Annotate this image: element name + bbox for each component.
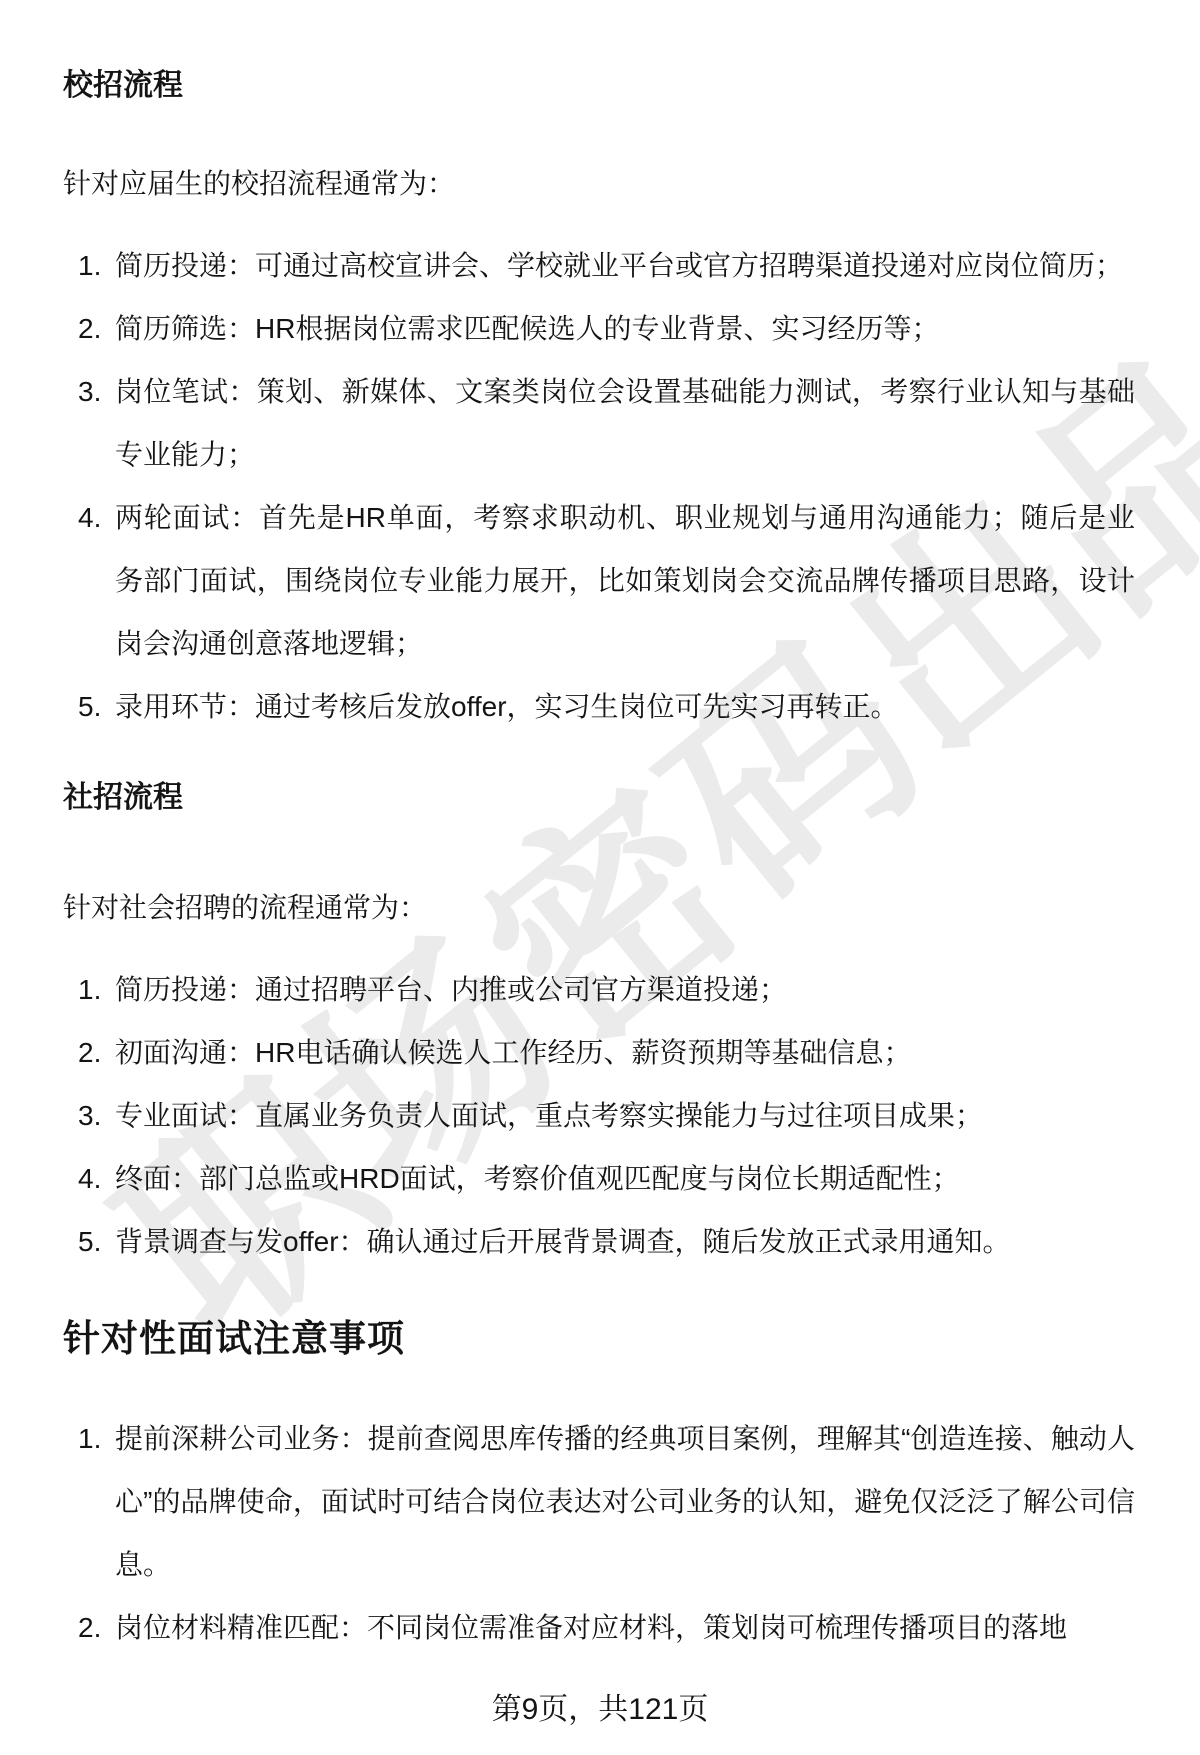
list-item: 2.初面沟通：HR电话确认候选人工作经历、薪资预期等基础信息； (115, 1021, 1135, 1084)
campus-recruitment-list: 1.简历投递：可通过高校宣讲会、学校就业平台或官方招聘渠道投递对应岗位简历； 2… (63, 234, 1135, 738)
item-text: 提前深耕公司业务：提前查阅思库传播的经典项目案例，理解其“创造连接、触动人心”的… (115, 1423, 1135, 1580)
item-number: 2. (78, 1021, 101, 1084)
social-recruitment-heading: 社招流程 (63, 778, 1135, 818)
page-content: 校招流程 针对应届生的校招流程通常为： 1.简历投递：可通过高校宣讲会、学校就业… (0, 0, 1200, 1659)
list-item: 1.简历投递：可通过高校宣讲会、学校就业平台或官方招聘渠道投递对应岗位简历； (115, 234, 1135, 297)
item-text: 背景调查与发offer：确认通过后开展背景调查，随后发放正式录用通知。 (115, 1226, 1011, 1257)
item-text: 简历投递：可通过高校宣讲会、学校就业平台或官方招聘渠道投递对应岗位简历； (115, 250, 1123, 281)
list-item: 5.背景调查与发offer：确认通过后开展背景调查，随后发放正式录用通知。 (115, 1210, 1135, 1273)
list-item: 4.两轮面试：首先是HR单面，考察求职动机、职业规划与通用沟通能力；随后是业务部… (115, 486, 1135, 675)
item-text: 专业面试：直属业务负责人面试，重点考察实操能力与过往项目成果； (115, 1100, 983, 1131)
list-item: 3.专业面试：直属业务负责人面试，重点考察实操能力与过往项目成果； (115, 1084, 1135, 1147)
item-text: 岗位笔试：策划、新媒体、文案类岗位会设置基础能力测试，考察行业认知与基础专业能力… (115, 376, 1135, 470)
list-item: 2.岗位材料精准匹配：不同岗位需准备对应材料，策划岗可梳理传播项目的落地 (115, 1596, 1135, 1659)
item-text: 终面：部门总监或HRD面试，考察价值观匹配度与岗位长期适配性； (115, 1163, 960, 1194)
item-text: 简历筛选：HR根据岗位需求匹配候选人的专业背景、实习经历等； (115, 313, 939, 344)
interview-notes-list: 1.提前深耕公司业务：提前查阅思库传播的经典项目案例，理解其“创造连接、触动人心… (63, 1407, 1135, 1659)
item-number: 4. (78, 486, 101, 549)
document-page: 职场密码出品 校招流程 针对应届生的校招流程通常为： 1.简历投递：可通过高校宣… (0, 0, 1200, 1755)
campus-recruitment-intro: 针对应届生的校招流程通常为： (63, 164, 1135, 204)
item-text: 简历投递：通过招聘平台、内推或公司官方渠道投递； (115, 974, 787, 1005)
item-number: 5. (78, 675, 101, 738)
item-number: 1. (78, 1407, 101, 1470)
page-number: 第9页，共121页 (0, 1690, 1200, 1730)
list-item: 1.简历投递：通过招聘平台、内推或公司官方渠道投递； (115, 958, 1135, 1021)
item-text: 初面沟通：HR电话确认候选人工作经历、薪资预期等基础信息； (115, 1037, 911, 1068)
campus-recruitment-heading: 校招流程 (63, 66, 1135, 106)
list-item: 3.岗位笔试：策划、新媒体、文案类岗位会设置基础能力测试，考察行业认知与基础专业… (115, 360, 1135, 486)
item-text: 录用环节：通过考核后发放offer，实习生岗位可先实习再转正。 (115, 691, 899, 722)
item-number: 2. (78, 1596, 101, 1659)
interview-notes-heading: 针对性面试注意事项 (63, 1313, 1135, 1365)
item-number: 5. (78, 1210, 101, 1273)
list-item: 5.录用环节：通过考核后发放offer，实习生岗位可先实习再转正。 (115, 675, 1135, 738)
item-number: 3. (78, 360, 101, 423)
social-recruitment-intro: 针对社会招聘的流程通常为： (63, 888, 1135, 928)
item-text: 两轮面试：首先是HR单面，考察求职动机、职业规划与通用沟通能力；随后是业务部门面… (115, 502, 1135, 659)
list-item: 1.提前深耕公司业务：提前查阅思库传播的经典项目案例，理解其“创造连接、触动人心… (115, 1407, 1135, 1596)
list-item: 2.简历筛选：HR根据岗位需求匹配候选人的专业背景、实习经历等； (115, 297, 1135, 360)
social-recruitment-list: 1.简历投递：通过招聘平台、内推或公司官方渠道投递； 2.初面沟通：HR电话确认… (63, 958, 1135, 1273)
item-number: 2. (78, 297, 101, 360)
item-number: 1. (78, 234, 101, 297)
list-item: 4.终面：部门总监或HRD面试，考察价值观匹配度与岗位长期适配性； (115, 1147, 1135, 1210)
item-number: 1. (78, 958, 101, 1021)
item-number: 4. (78, 1147, 101, 1210)
item-text: 岗位材料精准匹配：不同岗位需准备对应材料，策划岗可梳理传播项目的落地 (115, 1612, 1067, 1643)
item-number: 3. (78, 1084, 101, 1147)
